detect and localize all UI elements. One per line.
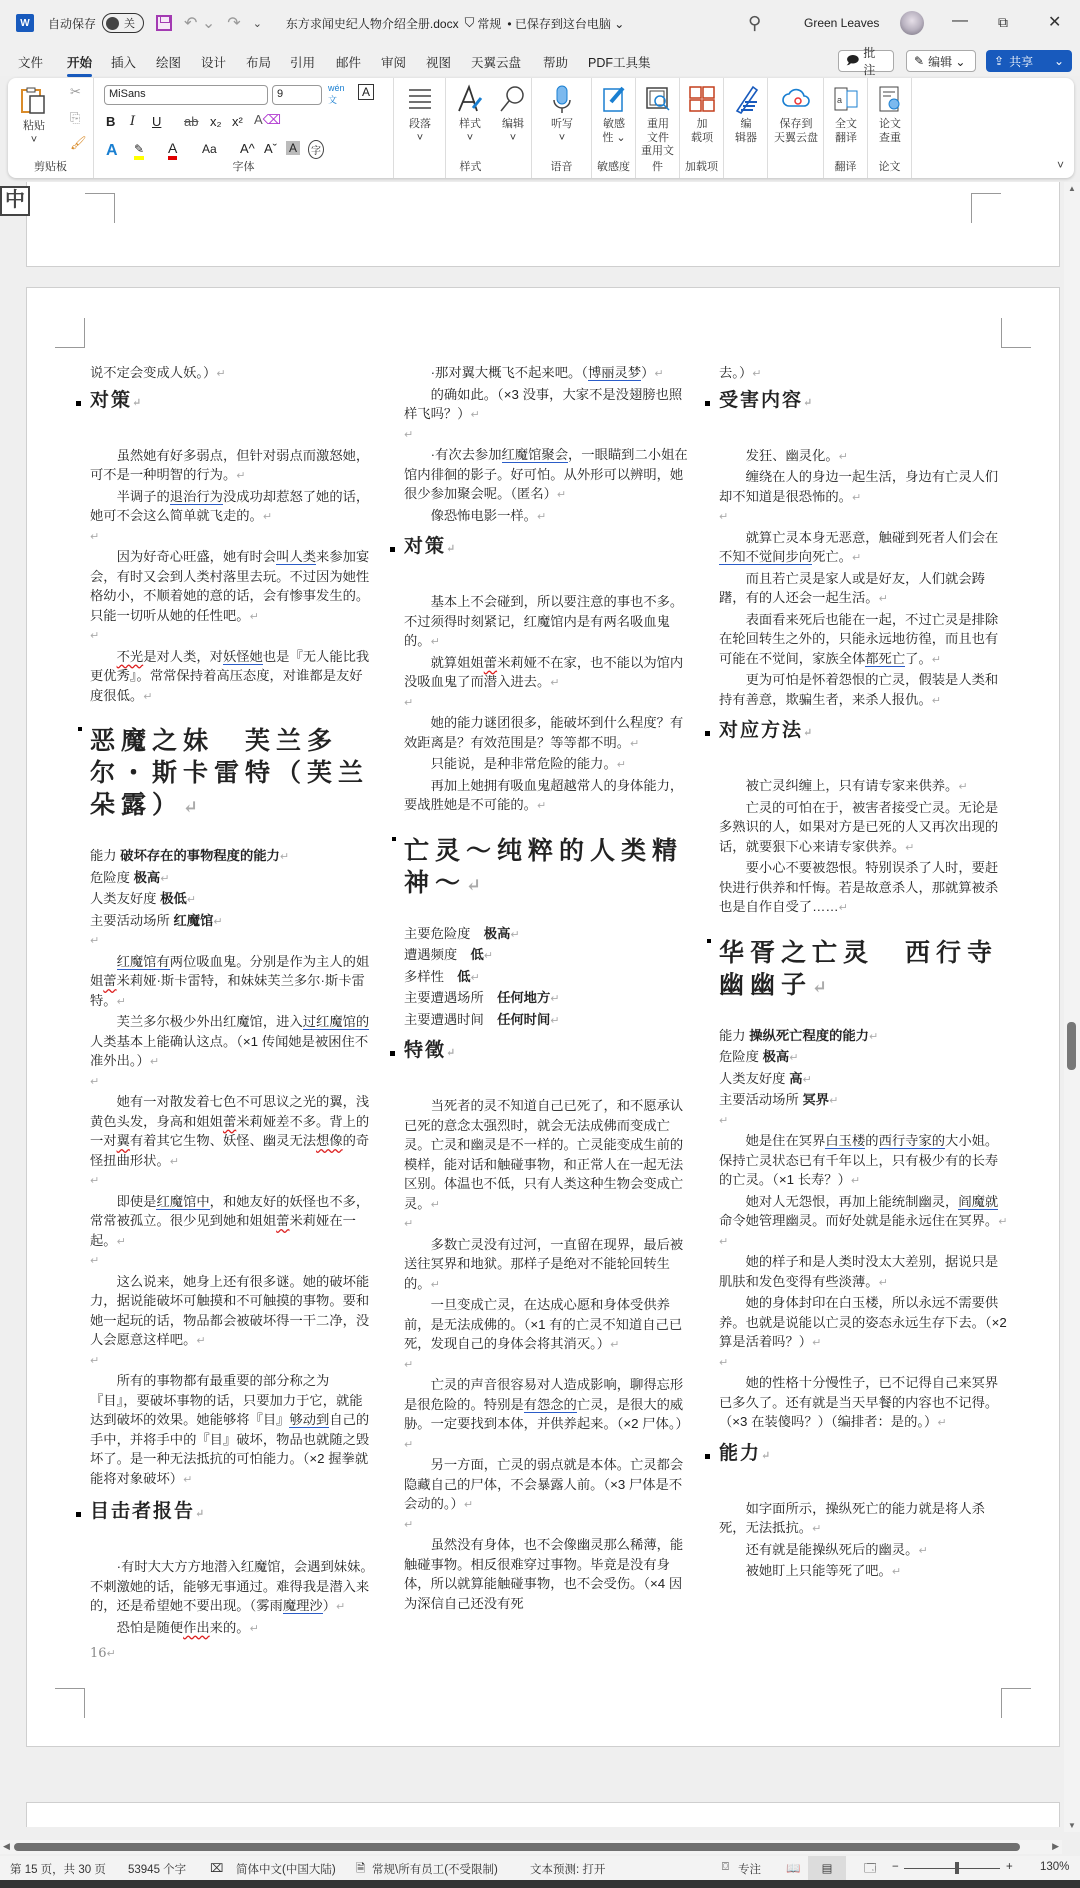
bold-button[interactable]: B [106, 114, 115, 129]
grammar-flag[interactable]: 红魔馆聚会 [502, 447, 568, 463]
dictate-button[interactable]: 听写˅ [542, 84, 582, 145]
phonetic-guide-icon[interactable]: wén文 [328, 83, 345, 106]
heading-witness-reports: 目击者报告↵ [76, 1502, 375, 1524]
editor-pen-icon [731, 84, 761, 114]
tab-draw[interactable]: 绘图 [156, 53, 181, 71]
stat-key: 遭遇频度 [404, 947, 457, 962]
stat-key: 危险度 [90, 870, 130, 885]
strikethrough-button[interactable]: ab [184, 114, 198, 129]
plagiarism-check-button[interactable]: 论文查重 [870, 84, 910, 145]
grammar-flag[interactable]: 魔理沙 [283, 1598, 323, 1614]
addins-group-label: 加载项 [680, 158, 723, 174]
restore-button[interactable]: ⧉ [998, 14, 1008, 31]
translate-group-label: 翻译 [824, 158, 867, 174]
paragraph: 亡灵的可怕在于，被害者接受亡灵。无论是多熟识的人，如果对方是已死的人又再次出现的… [719, 800, 998, 854]
paragraph: 还有就是能操纵死后的幽灵。 [746, 1542, 919, 1557]
autosave-label: 自动保存 [48, 15, 96, 32]
paste-button[interactable]: 粘贴˅ [16, 86, 52, 147]
heading-text: 目击者报告 [90, 1500, 195, 1522]
heading-characteristics: 特徵↵ [390, 1041, 689, 1063]
font-name-select[interactable]: MiSans [104, 85, 268, 105]
heading-text: 亡灵～纯粹的人类精神～ [404, 836, 683, 897]
scroll-up-icon[interactable]: ▲ [1068, 184, 1076, 193]
sensitivity-label: 敏感 [603, 118, 625, 130]
share-icon: ⇪ [994, 54, 1004, 68]
paragraph: 基本上不会碰到，所以要注意的事也不多。不过须得时刻紧记，红魔馆内是有两名吸血鬼的… [404, 594, 683, 648]
navigation-pane-icon[interactable]: 中 [0, 186, 30, 216]
print-layout-icon[interactable]: ▤ [808, 1856, 846, 1880]
text: ） [323, 1598, 336, 1613]
grammar-flag[interactable]: 不知不觉间步向 [719, 549, 812, 565]
avatar[interactable] [900, 11, 924, 35]
scroll-right-icon[interactable]: ▶ [1052, 1841, 1059, 1852]
editor-label-2: 辑器 [735, 132, 757, 144]
column-3[interactable]: 去。）↵ 受害内容↵ 发狂、幽灵化。↵ 缠绕在人的身边一起生活，身边有亡灵人们却… [719, 363, 1009, 1583]
sensitivity-label-2: 性 ⌄ [602, 132, 625, 144]
editing-label: 编辑 ⌄ [928, 53, 965, 70]
margin-corner [55, 1688, 85, 1718]
group-styles: 样式˅ 编辑˅ 样式 [446, 78, 532, 178]
read-mode-icon[interactable]: 📖 [786, 1861, 800, 1875]
thesis-group-label: 论文 [868, 158, 911, 174]
paragraph: 她的样子和是人类时没太大差别，据说只是肌肤和发色变得有些淡薄。 [719, 1254, 998, 1289]
group-cloud: 保存到天翼云盘 [768, 78, 824, 178]
stat-value: 任何时间 [497, 1012, 550, 1027]
paragraph: 一旦变成亡灵，在达成心愿和身体受供养前，是无法成佛的。（×1 有的亡灵不知道自己… [404, 1297, 682, 1351]
stat-key: 主要危险度 [404, 926, 470, 941]
heading-text: 恶魔之妹 芙兰多尔・斯卡雷特（芙兰朵露） [90, 726, 369, 819]
paragraph-icon [405, 84, 435, 114]
zoom-slider[interactable] [904, 1868, 1000, 1869]
spelling-flag[interactable]: 不光 [117, 649, 144, 664]
paragraph: 当死者的灵不知道自己已死了，和不愿承认已死的意念太强烈时，就会无法成佛而变成亡灵… [404, 1098, 683, 1211]
clipboard-group-label: 剪贴板 [8, 158, 93, 174]
dictate-label: 听写 [551, 118, 573, 130]
character-shading-icon[interactable]: A [286, 141, 300, 155]
cloud-label: 保存到 [780, 118, 813, 130]
paragraph: 发狂、幽灵化。 [746, 448, 839, 463]
cut-icon[interactable]: ✂ [70, 84, 81, 100]
vertical-scroll-thumb[interactable] [1067, 1022, 1076, 1070]
text: 半调子的 [117, 489, 170, 504]
page-count[interactable]: 第 15 页，共 30 页 [10, 1861, 106, 1877]
tab-view[interactable]: 视图 [426, 53, 451, 71]
grammar-flag[interactable]: 够动到 [289, 1412, 329, 1428]
grammar-flag[interactable]: 红魔馆中 [156, 1194, 209, 1210]
format-painter-icon[interactable]: 🖌 [70, 135, 87, 151]
shrink-font-button[interactable]: Aˇ [264, 141, 277, 156]
grammar-flag[interactable]: 红魔馆有 [117, 954, 170, 970]
addins-button[interactable]: 加载项 [682, 84, 722, 145]
save-to-cloud-button[interactable]: 保存到天翼云盘 [770, 84, 822, 145]
paragraph: 而且若亡灵是家人或是好友，人们就会踌躇，有的人还会一起生活。 [719, 571, 985, 606]
autosave-toggle[interactable]: 关 [102, 13, 144, 33]
text: 芙兰多尔极少外出红魔馆，进入 [117, 1014, 303, 1029]
stat-key: 多样性 [404, 969, 444, 984]
stat-key: 主要遭遇场所 [404, 990, 484, 1005]
text: ·有次去参加 [431, 447, 502, 462]
editing-button[interactable]: 编辑˅ [496, 84, 530, 145]
shield-icon: ⛉ [465, 15, 475, 31]
text: 是对人类，对 [143, 649, 223, 664]
zoom-in-button[interactable]: + [1006, 1861, 1013, 1873]
margin-corner [971, 193, 1001, 223]
group-sensitivity: 敏感性 ⌄ 敏感度 [592, 78, 636, 178]
group-translate: a 全文翻译 翻译 [824, 78, 868, 178]
editing-mode-button[interactable]: ✎编辑 ⌄ [906, 50, 976, 72]
underline-button[interactable]: U [152, 114, 161, 129]
collapse-ribbon-icon[interactable]: ˅ [1057, 158, 1064, 172]
paragraph: 虽然她有好多弱点，但针对弱点而激怒她，可不是一种明智的行为。 [90, 448, 369, 483]
thesis-label-2: 查重 [879, 132, 901, 144]
tab-layout[interactable]: 布局 [246, 53, 271, 71]
svg-text:a: a [837, 95, 842, 105]
heading-flandre: 恶魔之妹 芙兰多尔・斯卡雷特（芙兰朵露）↵ [90, 725, 375, 824]
text: 有着其它生物、妖怪、幽灵无法 [130, 1133, 316, 1148]
scroll-left-icon[interactable]: ◀ [3, 1841, 10, 1852]
text: 即使是 [117, 1194, 157, 1209]
spelling-flag[interactable]: 翼 [117, 1133, 130, 1148]
web-layout-icon[interactable]: 🗔 [864, 1861, 876, 1880]
text: 来的。 [210, 1620, 250, 1635]
grammar-flag[interactable]: 妖怪她 [223, 649, 263, 665]
text: 人类基本上能确认这点。（×1 传闻她是被困住不准外出。） [90, 1034, 368, 1069]
grammar-flag[interactable]: 过红魔馆的 [303, 1014, 369, 1030]
clipboard-icon [19, 86, 49, 116]
sensitivity-status[interactable]: 常规\所有员工(不受限制) [372, 1861, 498, 1877]
group-editor: 编辑器 [724, 78, 768, 178]
tab-insert[interactable]: 插入 [111, 53, 136, 71]
text-line: 去。） [719, 365, 752, 380]
save-status[interactable]: • 已保存到这台电脑 ⌄ [507, 15, 624, 32]
grammar-flag[interactable]: 阎魔就 [958, 1194, 998, 1210]
redo-icon[interactable]: ↷ [227, 13, 240, 33]
heading-text: 能力 [719, 1442, 761, 1464]
paragraph: 她的身体封印在白玉楼，所以永远不需要供养。也就是说能以亡灵的姿态永远生存下去。（… [719, 1295, 1007, 1349]
text: 她是住在冥界 [746, 1133, 826, 1148]
comments-button[interactable]: 🗩批注 [838, 50, 894, 72]
stat-value: 极低 [160, 891, 187, 906]
autosave-state: 关 [124, 15, 135, 31]
clear-formatting-icon[interactable]: A⌫ [254, 112, 281, 128]
voice-group-label: 语音 [532, 158, 591, 174]
superscript-button[interactable]: x² [232, 114, 243, 129]
heading-damage: 受害内容↵ [705, 391, 1009, 413]
grammar-flag[interactable]: 白玉楼 [825, 1133, 865, 1149]
tab-help[interactable]: 帮助 [543, 53, 568, 71]
group-voice: 听写˅ 语音 [532, 78, 592, 178]
text: 她对人无怨恨，再加上能统制幽灵， [746, 1194, 959, 1209]
grammar-flag[interactable]: 都死亡 [865, 651, 905, 667]
document-search-icon [875, 84, 905, 114]
vertical-scrollbar[interactable]: ▲ ▼ [1064, 182, 1080, 1832]
page-previous [26, 182, 1060, 267]
text: ·那对翼大概飞不起来吧。（ [431, 365, 588, 380]
heading-text: 特徵 [404, 1039, 446, 1061]
reuse-label: 重用 [647, 118, 669, 130]
focus-mode[interactable]: 专注 [738, 1861, 761, 1877]
grammar-flag[interactable]: 博丽灵梦 [588, 365, 641, 381]
text-prediction[interactable]: 文本预测: 打开 [530, 1861, 605, 1877]
stat-value: 破坏存在的事物程度的能力 [120, 848, 280, 863]
copy-icon[interactable]: ⎘ [70, 110, 80, 126]
font-size-select[interactable]: 9 [272, 85, 322, 105]
margin-corner [1001, 1688, 1031, 1718]
grow-font-button[interactable]: A^ [240, 141, 255, 156]
column-1[interactable]: 说不定会变成人妖。）↵ 对策↵ 虽然她有好多弱点，但针对弱点而激怒她，可不是一种… [90, 363, 375, 1665]
page-current: 说不定会变成人妖。）↵ 对策↵ 虽然她有好多弱点，但针对弱点而激怒她，可不是一种… [26, 287, 1060, 1747]
stat-key: 危险度 [719, 1049, 759, 1064]
stat-key: 能力 [90, 848, 117, 863]
grammar-flag[interactable]: 西行寺家的 [879, 1133, 945, 1149]
grammar-flag[interactable]: 叫人类 [276, 549, 316, 565]
margin-corner [55, 318, 85, 348]
microphone-icon [547, 84, 577, 114]
text: 因为好奇心旺盛，她有时会 [117, 549, 277, 564]
column-2[interactable]: ·那对翼大概飞不起来吧。（博丽灵梦）↵ 的确如此。（×3 没事，大家不是没翅膀也… [404, 363, 689, 1613]
page-next [26, 1802, 1060, 1827]
text: 恐怕是随便 [117, 1620, 183, 1635]
undo-icon[interactable]: ↶ ⌄ [184, 13, 215, 33]
paragraph: 如字面所示，操纵死亡的能力就是将人杀死，无法抵抗。 [719, 1501, 985, 1536]
margin-corner [1001, 318, 1031, 348]
reuse-group-label: 重用文件 [636, 142, 679, 174]
group-thesis: 论文查重 论文 [868, 78, 912, 178]
group-font: MiSans 9 wén文 A B I U ab x₂ x² A⌫ A ✎ A … [94, 78, 394, 178]
tab-review[interactable]: 审阅 [381, 53, 406, 71]
share-label: 共享 [1009, 53, 1033, 70]
spelling-flag[interactable]: 蕾 [484, 655, 497, 670]
styles-label: 样式 [459, 118, 481, 130]
scroll-down-icon[interactable]: ▼ [1068, 1821, 1076, 1830]
taskbar-edge [0, 1880, 1080, 1888]
enclose-characters-icon[interactable]: 字 [308, 140, 324, 159]
paragraph: 像恐怖电影一样。 [431, 508, 537, 523]
translate-button[interactable]: a 全文翻译 [826, 84, 866, 145]
text: 了。 [905, 651, 932, 666]
close-button[interactable]: ✕ [1048, 12, 1061, 32]
addins-label-2: 载项 [691, 132, 713, 144]
paragraph: 她的性格十分慢性子，已不记得自己来冥界已多久了。还有就是当天早餐的内容也不记得。… [719, 1375, 998, 1429]
styles-button[interactable]: 样式˅ [450, 84, 490, 145]
heading-countermeasure-methods: 对应方法↵ [705, 721, 1009, 743]
sensitivity-doc-icon: 🗎 [356, 1861, 365, 1880]
text: ） [641, 365, 654, 380]
zoom-slider-thumb[interactable] [955, 1862, 959, 1874]
sensitivity-label[interactable]: 常规 [477, 15, 501, 32]
text: 表面看来死后也能在一起，不过亡灵是排除在轮回转生之外的，只能永远地彷徨，而且也有… [719, 612, 998, 666]
text-line: 说不定会变成人妖。） [90, 365, 216, 380]
margin-corner [85, 193, 115, 223]
tab-mailings[interactable]: 邮件 [336, 53, 361, 71]
stat-value: 低 [457, 969, 470, 984]
addins-icon [687, 84, 717, 114]
zoom-level[interactable]: 130% [1040, 1861, 1069, 1873]
paragraph: 的确如此。（×3 没事，大家不是没翅膀也照样飞吗？） [404, 387, 682, 422]
text: 死亡。 [812, 549, 852, 564]
user-name[interactable]: Green Leaves [804, 16, 879, 30]
stat-value: 冥界 [802, 1092, 829, 1107]
paragraph-label: 段落 [409, 118, 431, 130]
comment-icon: 🗩 [846, 51, 859, 72]
focus-icon[interactable]: ⌼ [722, 1861, 729, 1874]
character-border-icon[interactable]: A [358, 84, 374, 100]
language[interactable]: 简体中文(中国大陆) [236, 1861, 336, 1877]
find-icon [498, 84, 528, 114]
heading-text: 华胥之亡灵 西行寺幽幽子 [719, 938, 998, 999]
heading-undead-spirits: 亡灵～纯粹的人类精神～↵ [404, 835, 689, 902]
status-bar: 第 15 页，共 30 页 53945 个字 ⌧ 简体中文(中国大陆) 🗎 常规… [0, 1856, 1080, 1880]
toggle-knob-icon [106, 17, 119, 30]
group-addins: 加载项 加载项 [680, 78, 724, 178]
page-number: 16 [90, 1646, 107, 1661]
paragraph: 另一方面，亡灵的弱点就是本体。亡灵都会隐藏自己的尸体，不会暴露人前。（×3 尸体… [404, 1457, 683, 1511]
text: 就算姐姐 [431, 655, 484, 670]
stat-key: 人类友好度 [719, 1071, 785, 1086]
stat-value: 极高 [134, 870, 161, 885]
spelling-flag[interactable]: 作出 [183, 1620, 210, 1635]
heading-text: 受害内容 [719, 389, 803, 411]
translate-label: 全文 [835, 118, 857, 130]
cloud-icon [781, 84, 811, 114]
editor-label: 编 [741, 118, 752, 130]
tab-tianyi-cloud[interactable]: 天翼云盘 [471, 53, 521, 71]
search-icon[interactable]: ⚲ [748, 13, 761, 34]
text: 就算亡灵本身无恶意，触碰到死者人们会在 [746, 530, 999, 545]
reuse-files-button[interactable]: 重用文件 [638, 84, 678, 145]
chevron-down-icon: ˅ [31, 134, 37, 146]
stat-value: 红魔馆 [173, 913, 213, 928]
document-canvas[interactable]: 说不定会变成人妖。）↵ 对策↵ 虽然她有好多弱点，但针对弱点而激怒她，可不是一种… [0, 182, 1062, 1827]
paragraph: 这么说来，她身上还有很多谜。她的破坏能力，据说能破坏可触摸和不可触摸的事物。要和… [90, 1274, 369, 1348]
tab-home[interactable]: 开始 [67, 53, 92, 71]
editing-label: 编辑 [502, 118, 524, 130]
customize-qat-icon[interactable]: ⌄ [253, 17, 262, 30]
horizontal-scroll-thumb[interactable] [14, 1843, 1020, 1851]
stat-key: 主要遭遇时间 [404, 1012, 484, 1027]
group-paragraph: 段落˅ [394, 78, 446, 178]
font-color-icon[interactable]: A [168, 140, 177, 160]
text: 米莉娅·斯卡雷特，和妹妹芙兰多尔·斯卡雷特。 [90, 973, 365, 1008]
paragraph: 只能说，是种非常危险的能力。 [431, 756, 617, 771]
change-case-button[interactable]: Aa [202, 142, 217, 156]
subscript-button[interactable]: x₂ [210, 114, 222, 129]
paragraph: 她的能力谜团很多，能破坏到什么程度？有效距离是？有效范围是？等等都不明。 [404, 715, 683, 750]
spelling-flag[interactable]: 蕾 [103, 973, 116, 988]
tab-pdf-tools[interactable]: PDF工具集 [588, 53, 651, 71]
horizontal-scrollbar[interactable]: ◀ ▶ [0, 1840, 1062, 1854]
text: 命令她管理幽灵。而好处就是能永远住在冥界。 [719, 1213, 998, 1228]
grammar-flag[interactable]: 有怨念的 [524, 1397, 577, 1413]
styles-group-label: 样式 [446, 158, 495, 174]
addins-label: 加 [697, 118, 708, 130]
comments-label: 批注 [863, 44, 886, 78]
tab-references[interactable]: 引用 [290, 53, 315, 71]
sensitivity-icon [599, 84, 629, 114]
translate-label-2: 翻译 [835, 132, 857, 144]
save-icon[interactable] [156, 15, 172, 31]
reuse-files-icon [643, 84, 673, 114]
paragraph-button[interactable]: 段落˅ [400, 84, 440, 145]
word-logo-icon: W [16, 14, 34, 32]
spelling-flag[interactable]: 想像 [316, 1133, 343, 1148]
font-group-label: 字体 [94, 158, 393, 174]
stat-value: 任何地方 [497, 990, 550, 1005]
document-filename[interactable]: 东方求闻史纪人物介绍全册.docx [286, 15, 459, 32]
heading-countermeasures: 对策↵ [76, 391, 375, 413]
translate-icon: a [831, 84, 861, 114]
paragraph: 被亡灵纠缠上，只有请专家来供养。 [746, 778, 959, 793]
stat-key: 主要活动场所 [719, 1092, 799, 1107]
minimize-button[interactable]: — [952, 12, 968, 30]
grammar-flag[interactable]: 退治行为 [170, 489, 223, 505]
spelling-flag[interactable]: 蕾 [223, 1114, 236, 1129]
paragraph: 更为可怕是怀着怨恨的亡灵，假装是人类和持有善意，欺骗生者，来杀人报仇。 [719, 672, 998, 707]
stat-value: 低 [470, 947, 483, 962]
stat-value: 高 [789, 1071, 802, 1086]
chevron-down-icon[interactable]: ⌄ [1054, 54, 1064, 68]
proofing-icon[interactable]: ⌧ [210, 1861, 223, 1875]
stat-key: 主要活动场所 [90, 913, 170, 928]
word-count[interactable]: 53945 个字 [128, 1861, 186, 1877]
editor-button[interactable]: 编辑器 [726, 84, 766, 145]
heading-countermeasures: 对策↵ [390, 537, 689, 559]
italic-button[interactable]: I [130, 114, 135, 129]
paste-label: 粘贴 [23, 120, 45, 132]
paragraph: 被她盯上只能等死了吧。 [746, 1563, 892, 1578]
ribbon: 粘贴˅ ✂ ⎘ 🖌 剪贴板 MiSans 9 wén文 A B I U ab x… [8, 78, 1074, 178]
spelling-flag[interactable]: 蕾 [276, 1213, 289, 1228]
group-clipboard: 粘贴˅ ✂ ⎘ 🖌 剪贴板 [8, 78, 94, 178]
paragraph: 多数亡灵没有过河，一直留在现界，最后被送往冥界和地狱。那样子是绝对不能轮回转生的… [404, 1237, 683, 1291]
stat-key: 能力 [719, 1028, 746, 1043]
styles-icon [455, 84, 485, 114]
sensitivity-button[interactable]: 敏感性 ⌄ [594, 84, 634, 145]
title-bar: W 自动保存 关 ↶ ⌄ ↷ ⌄ 东方求闻史纪人物介绍全册.docx ⛉ 常规 … [0, 0, 1080, 46]
heading-yuyuko: 华胥之亡灵 西行寺幽幽子↵ [719, 937, 1009, 1004]
group-reuse: 重用文件 重用文件 [636, 78, 680, 178]
paragraph: 虽然没有身体，也不会像幽灵那么稀薄，能触碰事物。相反很难穿过事物。毕竟是没有身体… [404, 1537, 683, 1611]
tab-file[interactable]: 文件 [18, 53, 43, 71]
heading-ability: 能力↵ [705, 1444, 1009, 1466]
text: 的 [865, 1133, 878, 1148]
stat-value: 极高 [484, 926, 511, 941]
heading-text: 对策 [90, 389, 132, 411]
pencil-icon: ✎ [914, 54, 924, 68]
thesis-label: 论文 [879, 118, 901, 130]
stat-value: 极高 [763, 1049, 790, 1064]
stat-key: 人类友好度 [90, 891, 156, 906]
heading-text: 对应方法 [719, 719, 803, 741]
heading-text: 对策 [404, 535, 446, 557]
cloud-label-2: 天翼云盘 [774, 132, 818, 144]
stat-value: 操纵死亡程度的能力 [749, 1028, 869, 1043]
zoom-out-button[interactable]: − [892, 1861, 899, 1873]
tab-design[interactable]: 设计 [201, 53, 226, 71]
share-button[interactable]: ⇪共享⌄ [986, 50, 1072, 72]
paragraph: 要小心不要被怨恨。特别误杀了人时，要赶快进行供养和忏悔。若是故意杀人，那就算被杀… [719, 860, 998, 914]
sensitivity-group-label: 敏感度 [592, 158, 635, 174]
